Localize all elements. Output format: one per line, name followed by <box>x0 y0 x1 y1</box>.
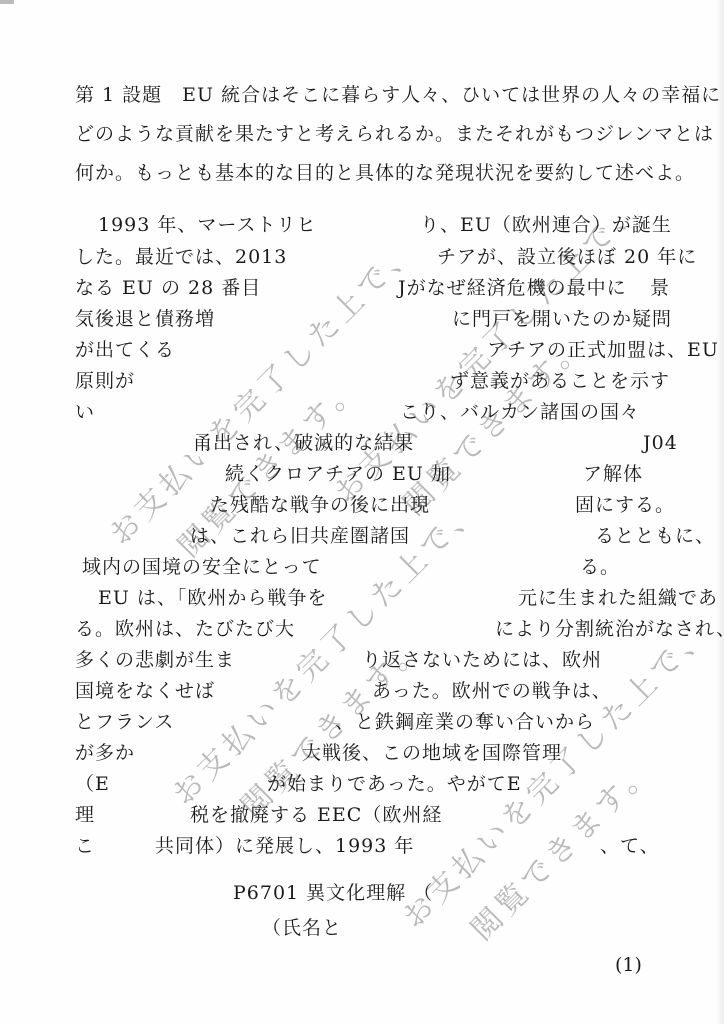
text-line-fragment: あった。欧州での戦争は、 <box>372 682 612 701</box>
text-line-fragment: （E <box>75 775 110 794</box>
text-line-fragment: 甬出され、破滅的な結果 <box>193 434 414 453</box>
text-line-fragment: た残酷な戦争の後に出現 <box>210 496 430 515</box>
footer-course-title: P6701 異文化理解 （ <box>233 878 433 905</box>
text-line-fragment: とフランス <box>75 713 174 732</box>
text-line-fragment: 元に生まれた組織であ <box>518 589 718 608</box>
page-number: (1) <box>615 954 642 976</box>
text-line-fragment: 国境をなくせば <box>75 682 215 701</box>
document-page: お支払いを完了した上で、閲覧できます。お支払いを完了した上で、閲覧できます。お支… <box>0 0 724 1024</box>
text-line-fragment: るとともに、 <box>595 527 715 546</box>
text-line-fragment: に門戸を開いたのか疑問 <box>452 310 672 329</box>
text-line-fragment: EU は、「欧州から戦争を <box>98 589 327 608</box>
text-line-fragment: い <box>75 403 95 422</box>
text-line-fragment: どのような貢献を果たすと考えられるか。またそれがもつジレンマとは <box>75 125 714 144</box>
text-line-fragment: した。最近では、2013 <box>75 248 287 267</box>
text-line-fragment: る。欧州は、たびたび大 <box>75 620 295 639</box>
text-line-fragment: 理 <box>75 806 95 825</box>
text-line-fragment: り、EU（欧州連合）が誕生 <box>420 216 672 235</box>
text-line-fragment: 気後退と債務増 <box>75 310 215 329</box>
text-line-fragment: 何か。もっとも基本的な目的と具体的な発現状況を要約して述べよ。 <box>75 164 695 183</box>
text-line-fragment: が多か <box>75 744 135 763</box>
text-line-fragment: り返さないためには、欧州 <box>362 651 602 670</box>
text-line-fragment: 税を撤廃する EEC（欧州経 <box>190 806 442 825</box>
text-line-fragment: は、これら旧共産圏諸国 <box>190 527 410 546</box>
scan-edge-shadow <box>715 0 724 1024</box>
text-line-fragment: こ <box>75 837 95 856</box>
text-line-fragment: チアが、設立後ほぼ 20 年に <box>437 248 697 267</box>
text-line-fragment: る。 <box>580 558 620 577</box>
text-line-fragment: J04 <box>643 434 678 453</box>
text-line-fragment: 多くの悲劇が生ま <box>75 651 235 670</box>
scan-corner-artifact <box>0 0 14 4</box>
text-line-fragment: 固にする。 <box>575 496 675 515</box>
text-line-fragment: なる EU の 28 番目 <box>75 279 261 298</box>
text-line-fragment: 、て、 <box>600 837 660 856</box>
text-line-fragment: により分割統治がなされ、 <box>495 620 724 639</box>
text-line-fragment: 共同体）に発展し、1993 年 <box>155 837 414 856</box>
text-line-fragment: 1993 年、マーストリヒ <box>98 216 316 235</box>
text-line-fragment: が出てくる <box>75 341 175 360</box>
text-line-fragment: ア解体 <box>583 465 643 484</box>
text-line-fragment: が始まりであった。やがてE <box>267 775 522 794</box>
text-line-fragment: 域内の国境の安全にとって <box>82 558 322 577</box>
text-line-fragment: 原則が <box>75 372 135 391</box>
text-line-fragment: アチアの正式加盟は、EU <box>487 341 719 360</box>
text-line-fragment: 、と鉄鋼産業の奪い合いから <box>335 713 595 732</box>
text-line-fragment: 大戦後、この地域を国際管理 <box>302 744 562 763</box>
text-line-fragment: こり、バルカン諸国の国々 <box>400 403 640 422</box>
text-line-fragment: 第 1 設題 EU 統合はそこに暮らす人々、ひいては世界の人々の幸福に <box>75 86 721 105</box>
text-line-fragment: 続くクロアチアの EU 加 <box>225 465 451 484</box>
footer-name-line: （氏名と <box>262 913 342 940</box>
text-line-fragment: Jがなぜ経済危機の最中に <box>398 279 627 298</box>
text-line-fragment: 景 <box>650 279 670 298</box>
text-line-fragment: ず意義があることを示す <box>450 372 670 391</box>
